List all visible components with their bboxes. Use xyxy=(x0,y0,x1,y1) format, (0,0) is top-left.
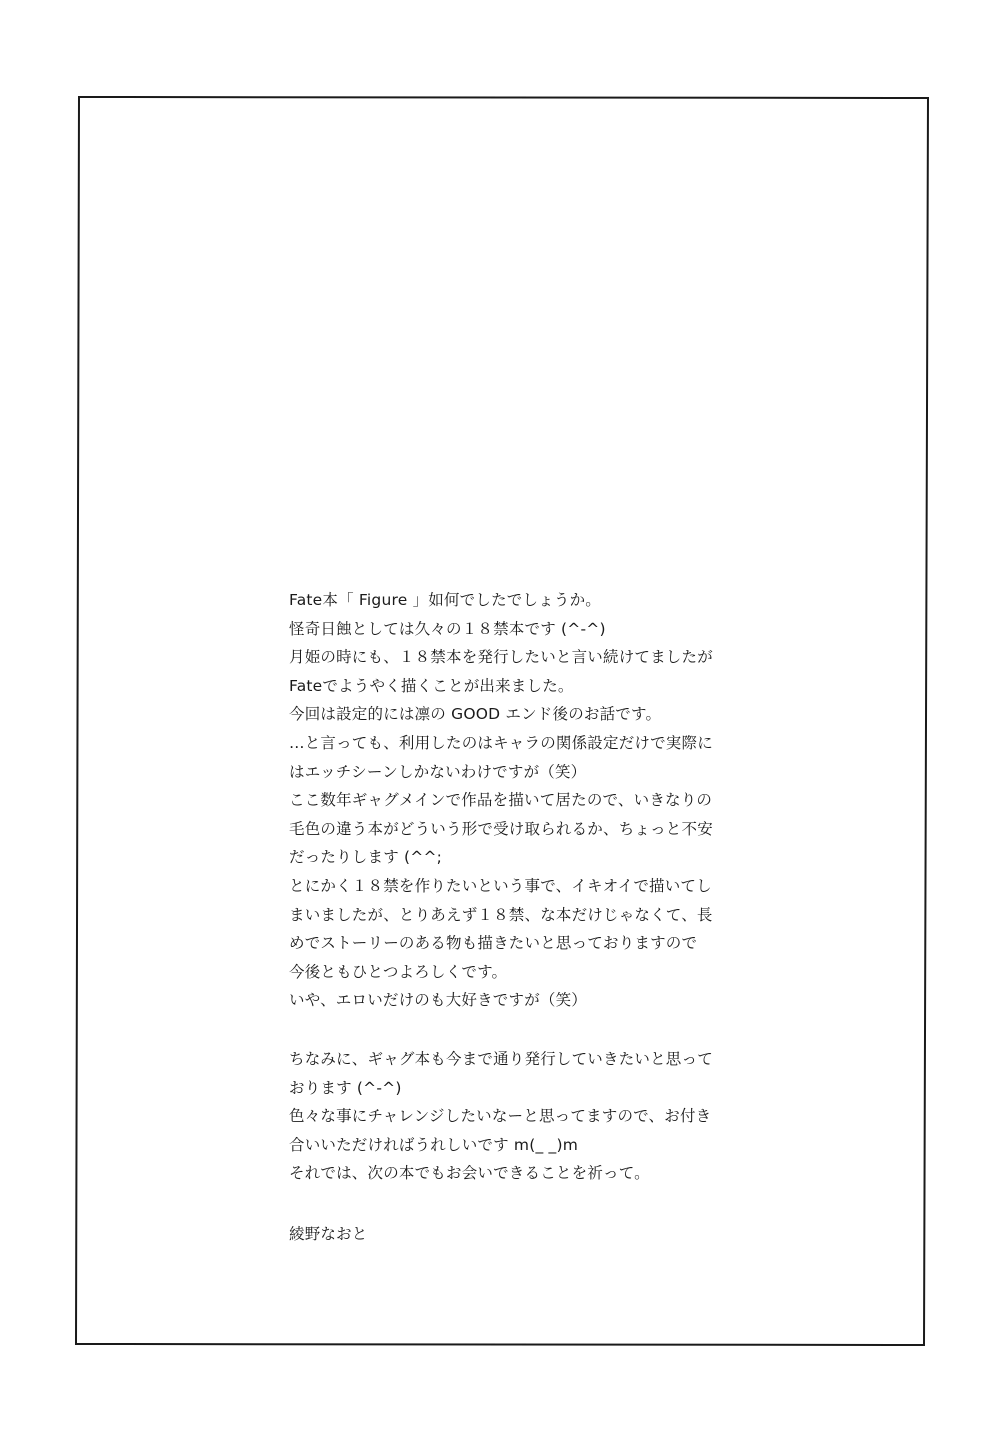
text-line: 今回は設定的には凛の GOOD エンド後のお話です。 xyxy=(289,700,749,729)
author-signature: 綾野なおと xyxy=(289,1220,749,1249)
text-line: とにかく１８禁を作りたいという事で、イキオイで描いてし xyxy=(289,872,749,901)
text-line: …と言っても、利用したのはキャラの関係設定だけで実際に xyxy=(289,729,749,758)
text-line: ちなみに、ギャグ本も今まで通り発行していきたいと思って xyxy=(289,1045,749,1074)
text-line: 月姫の時にも、１８禁本を発行したいと言い続けてましたが xyxy=(289,643,749,672)
text-line: まいましたが、とりあえず１８禁、な本だけじゃなくて、長 xyxy=(289,901,749,930)
text-line: 今後ともひとつよろしくです。 xyxy=(289,958,749,987)
afterword-text: Fate本「 Figure 」如何でしたでしょうか。 怪奇日蝕としては久々の１８… xyxy=(289,586,749,1248)
text-line: 色々な事にチャレンジしたいなーと思ってますので、お付き xyxy=(289,1102,749,1131)
text-line: 怪奇日蝕としては久々の１８禁本です (^-^) xyxy=(289,615,749,644)
paragraph-gap xyxy=(289,1015,749,1045)
text-line: だったりします (^^; xyxy=(289,843,749,872)
text-line: Fateでようやく描くことが出来ました。 xyxy=(289,672,749,701)
text-line: 毛色の違う本がどういう形で受け取られるか、ちょっと不安 xyxy=(289,815,749,844)
text-line: はエッチシーンしかないわけですが（笑） xyxy=(289,758,749,787)
text-line: めでストーリーのある物も描きたいと思っておりますので xyxy=(289,929,749,958)
text-line: いや、エロいだけのも大好きですが（笑） xyxy=(289,986,749,1015)
paragraph-gap xyxy=(289,1188,749,1218)
text-line: それでは、次の本でもお会いできることを祈って。 xyxy=(289,1159,749,1188)
text-line: おります (^-^) xyxy=(289,1074,749,1103)
text-line: Fate本「 Figure 」如何でしたでしょうか。 xyxy=(289,586,749,615)
text-line: ここ数年ギャグメインで作品を描いて居たので、いきなりの xyxy=(289,786,749,815)
text-line: 合いいただければうれしいです m(_ _)m xyxy=(289,1131,749,1160)
